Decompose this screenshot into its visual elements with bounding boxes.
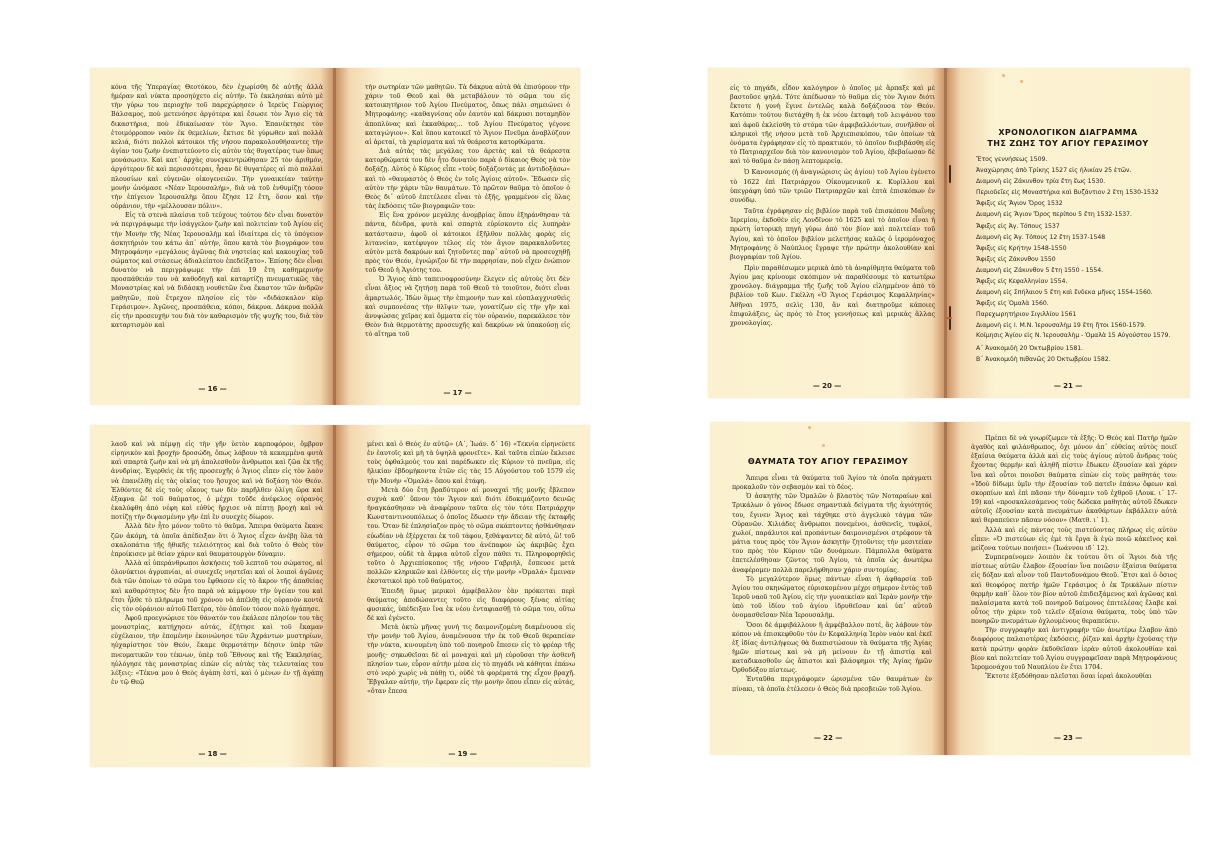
paragraph: Ἀλλὰ αἱ ὑπεράνθρωποι ἀσκήσεις τοῦ λεπτοῦ… bbox=[111, 559, 323, 614]
page-22-body: Ἄπειρα εἶναι τὰ θαύματα τοῦ Ἁγίου τὰ ὁπο… bbox=[732, 474, 932, 694]
spread-pages-18-19: λαοῦ καὶ νὰ πέμψῃ εἰς τὴν γῆν ὑετὸν καρπ… bbox=[90, 425, 590, 767]
chronology-item: Ἄφιξις εἰς Ζάκυνθον 1550 bbox=[976, 254, 1186, 265]
paragraph: Τὴν συγγραφὴν καὶ ἀντιγραφὴν τῶν ἀνωτέρω… bbox=[971, 626, 1177, 672]
page-23: Πρέπει δὲ νὰ γνωρίζωμεν τὰ ἑξῆς: Ὁ Θεὸς … bbox=[946, 422, 1190, 755]
staple bbox=[949, 165, 951, 183]
paragraph: Ὁ Κανονισμός (ἡ ἀναγνώρισις ὡς ἁγίου) το… bbox=[730, 168, 935, 205]
paragraph: Ἀλλὰ δὲν ἦτο μόνον τοῦτο τὸ θαῦμα. Ἄπειρ… bbox=[111, 522, 323, 559]
spread-pages-20-21: εἰς τὸ πηγάδι, εἶδον καλόγηρον ὁ ὁποῖος … bbox=[708, 68, 1190, 398]
paragraph: Ὅσοι δὲ ἀμφιβάλλουν ἢ ἀμφέβαλλον ποτέ, ἂ… bbox=[732, 621, 932, 676]
page-number: — 21 — bbox=[946, 382, 1190, 391]
chronology-item: Ἄφιξις εἰς Κεφαλληνίαν 1554. bbox=[976, 276, 1186, 287]
chronology-item: Διαμονὴ εἰς Ἁγ. Τόπους 12 ἔτη 1537-1548 bbox=[976, 232, 1186, 243]
chronology-title-line-2: ΤΗΣ ΖΩΗΣ ΤΟΥ ΑΓΙΟΥ ΓΕΡΑΣΙΜΟΥ bbox=[956, 139, 1180, 150]
paragraph: Τὸ μεγαλύτερον ὅμως πάντων εἶναι ἡ ἀφθαρ… bbox=[732, 575, 932, 621]
chronology-item: Ἄφιξις εἰς Ἅγιον Ὄρος 1532 bbox=[976, 198, 1186, 209]
page-stain bbox=[1020, 80, 1023, 83]
page-number: — 16 — bbox=[90, 385, 335, 394]
page-stain bbox=[808, 426, 811, 429]
paragraph: Διὰ αὐτὰς τὰς μεγάλας του ἀρετὰς καὶ τὰ … bbox=[365, 147, 570, 211]
chronology-item: Β´ Ἀνακομιδὴ πιθανῶς 20 Ὀκτωβρίου 1582. bbox=[976, 354, 1186, 365]
chronology-item: Α´ Ἀνακομιδὴ 20 Ὀκτωβρίου 1581. bbox=[976, 343, 1186, 354]
page-18-body: λαοῦ καὶ νὰ πέμψῃ εἰς τὴν γῆν ὑετὸν καρπ… bbox=[111, 440, 323, 687]
book-spine bbox=[333, 425, 336, 767]
page-number: — 19 — bbox=[335, 750, 590, 759]
chronology-item: Ἔτος γεννήσεως 1509. bbox=[976, 154, 1186, 165]
chronology-item: Ἄφιξις εἰς Ὁμαλὰ 1560. bbox=[976, 298, 1186, 309]
page-number: — 17 — bbox=[335, 389, 580, 398]
page-stain bbox=[822, 444, 825, 447]
chronology-title-line-1: ΧΡΟΝΟΛΟΓΙΚΟΝ ΔΙΑΓΡΑΜΜΑ bbox=[956, 128, 1180, 139]
page-23-body: Πρέπει δὲ νὰ γνωρίζωμεν τὰ ἑξῆς: Ὁ Θεὸς … bbox=[971, 434, 1177, 681]
paragraph: Ἄπειρα εἶναι τὰ θαύματα τοῦ Ἁγίου τὰ ὁπο… bbox=[732, 474, 932, 492]
paragraph: Ἐπειδὴ ὅμως μερικοὶ ἀμφέβαλλον ἐὰν πρόκε… bbox=[367, 587, 575, 624]
chronology-item: Διαμονὴ εἰς Σπήλαιον 5 ἔτη καὶ ἕνδεκα μῆ… bbox=[976, 287, 1186, 298]
chronology-item: Παρεχωρητήριον Σιγιλλίου 1561 bbox=[976, 309, 1186, 320]
chronology-item: Ἀναχώρησις ἀπὸ Τρίκης 1527 εἰς ἡλικίαν 2… bbox=[976, 165, 1186, 176]
chronology-item: Διαμονὴ εἰς Ζάκυνθον 5 ἔτη 1550 - 1554. bbox=[976, 265, 1186, 276]
paragraph: Εἰς τὰ στενὰ πλαίσια τοῦ τεύχους τούτου … bbox=[111, 211, 323, 330]
paragraph: κόνα τῆς Ὑπεραγίας Θεοτόκου, δὲν ἐχωρίσθ… bbox=[111, 83, 323, 211]
page-17-body: τὴν σωτηρίαν τῶν μαθητῶν. Τὰ δάκρυα αὐτὰ… bbox=[365, 83, 570, 339]
paragraph: εἰς τὸ πηγάδι, εἶδον καλόγηρον ὁ ὁποῖος … bbox=[730, 84, 935, 166]
page-21: ΧΡΟΝΟΛΟΓΙΚΟΝ ΔΙΑΓΡΑΜΜΑ ΤΗΣ ΖΩΗΣ ΤΟΥ ΑΓΙΟ… bbox=[946, 68, 1190, 398]
chronology-list: Ἔτος γεννήσεως 1509. Ἀναχώρησις ἀπὸ Τρίκ… bbox=[976, 154, 1186, 365]
page-number: — 20 — bbox=[708, 382, 946, 391]
chronology-item: Διαμονὴ εἰς Ι. Μ.Ν. Ἱερουσαλὴμ 19 ἔτη ἤτ… bbox=[976, 320, 1186, 331]
paragraph: Ἐνταῦθα περιγράφομεν ὡρισμένα τῶν θαυμάτ… bbox=[732, 675, 932, 693]
page-20-body: εἰς τὸ πηγάδι, εἶδον καλόγηρον ὁ ὁποῖος … bbox=[730, 84, 935, 328]
paragraph: Εἰς ἕνα χρόνον μεγάλης ἀνομβρίας ὅπου ἐξ… bbox=[365, 211, 570, 275]
book-spine bbox=[944, 422, 947, 755]
page-22: ΘΑΥΜΑΤΑ ΤΟΥ ΑΓΙΟΥ ΓΕΡΑΣΙΜΟΥ Ἄπειρα εἶναι… bbox=[710, 422, 946, 755]
chronology-item: Κοίμησις Ἁγίου εἰς Ν. Ἱερουσαλὴμ - Ὁμαλὰ… bbox=[976, 332, 1186, 341]
spread-pages-16-17: κόνα τῆς Ὑπεραγίας Θεοτόκου, δὲν ἐχωρίσθ… bbox=[90, 68, 580, 405]
page-18: λαοῦ καὶ νὰ πέμψῃ εἰς τὴν γῆν ὑετὸν καρπ… bbox=[90, 425, 335, 767]
paragraph: Μετὰ ὀκτὼ μῆνας γυνή τις δαιμονιζομένη δ… bbox=[367, 623, 575, 696]
paragraph: Ἔκτοτε ἐξεδόθησαν πλεῖσται ὅσαι ἱεραὶ ἀκ… bbox=[971, 672, 1177, 681]
paragraph: Μετὰ δύο ἔτη βραδύτερον αἱ μοναχαὶ τῆς μ… bbox=[367, 486, 575, 587]
page-20: εἰς τὸ πηγάδι, εἶδον καλόγηρον ὁ ὁποῖος … bbox=[708, 68, 946, 398]
paragraph: τὴν σωτηρίαν τῶν μαθητῶν. Τὰ δάκρυα αὐτὰ… bbox=[365, 83, 570, 147]
page-16: κόνα τῆς Ὑπεραγίας Θεοτόκου, δὲν ἐχωρίσθ… bbox=[90, 68, 335, 405]
chronology-item: Ἄφιξις εἰς Κρήτην 1548-1550 bbox=[976, 243, 1186, 254]
page-19-body: μένει καὶ ὁ Θεὸς ἐν αὐτῷ» (Α´, Ἰωάν. δ´ … bbox=[367, 440, 575, 696]
paragraph: Ἀφοῦ προεγνώρισε τὸν θάνατόν του ἐκάλεσε… bbox=[111, 614, 323, 687]
paragraph: Ταῦτα ἐγράφησαν εἰς βιβλίον παρὰ τοῦ ἐπι… bbox=[730, 207, 935, 262]
book-spine bbox=[333, 68, 336, 405]
page-17: τὴν σωτηρίαν τῶν μαθητῶν. Τὰ δάκρυα αὐτὰ… bbox=[335, 68, 580, 405]
paragraph: λαοῦ καὶ νὰ πέμψῃ εἰς τὴν γῆν ὑετὸν καρπ… bbox=[111, 440, 323, 522]
chronology-item: Ἄφιξις εἰς Ἁγ. Τόπους 1537 bbox=[976, 221, 1186, 232]
page-number: — 22 — bbox=[710, 734, 946, 743]
paragraph: Ὁ Ἅγιος ἀπὸ ταπεινοφροσύνην ἔλεγεν εἰς α… bbox=[365, 275, 570, 339]
page-number: — 18 — bbox=[90, 750, 335, 759]
book-spine bbox=[944, 68, 947, 398]
paragraph: Συμπεραίνομεν λοιπὸν ἐκ τούτου ὅτι οἱ Ἅγ… bbox=[971, 553, 1177, 626]
rust-mark bbox=[946, 317, 952, 319]
paragraph: Πρὶν παραθέσωμεν μερικὰ ἀπὸ τὰ ἀναρίθμητ… bbox=[730, 264, 935, 328]
page-16-body: κόνα τῆς Ὑπεραγίας Θεοτόκου, δὲν ἐχωρίσθ… bbox=[111, 83, 323, 330]
paragraph: Πρέπει δὲ νὰ γνωρίζωμεν τὰ ἑξῆς: Ὁ Θεὸς … bbox=[971, 434, 1177, 526]
paragraph: Ἀλλὰ καὶ εἰς πάντας τοὺς πιστεύοντας πλή… bbox=[971, 526, 1177, 553]
paragraph: μένει καὶ ὁ Θεὸς ἐν αὐτῷ» (Α´, Ἰωάν. δ´ … bbox=[367, 440, 575, 486]
chronology-item: Περιοδεῖες εἰς Μοναστήρια καὶ Βυζάντιον … bbox=[976, 187, 1186, 198]
page-19: μένει καὶ ὁ Θεὸς ἐν αὐτῷ» (Α´, Ἰωάν. δ´ … bbox=[335, 425, 590, 767]
spread-pages-22-23: ΘΑΥΜΑΤΑ ΤΟΥ ΑΓΙΟΥ ΓΕΡΑΣΙΜΟΥ Ἄπειρα εἶναι… bbox=[710, 422, 1190, 755]
miracles-title: ΘΑΥΜΑΤΑ ΤΟΥ ΑΓΙΟΥ ΓΕΡΑΣΙΜΟΥ bbox=[718, 457, 938, 466]
paragraph: Ὁ ἀσκητὴς τῶν Ὁμαλῶν ὁ βλαστὸς τῶν Νοταρ… bbox=[732, 492, 932, 574]
chronology-item: Διαμονὴ εἰς Ἅγιον Ὄρος περίπου 5 ἔτη 153… bbox=[976, 209, 1186, 220]
page-stain bbox=[1002, 74, 1005, 77]
chronology-title: ΧΡΟΝΟΛΟΓΙΚΟΝ ΔΙΑΓΡΑΜΜΑ ΤΗΣ ΖΩΗΣ ΤΟΥ ΑΓΙΟ… bbox=[956, 128, 1180, 149]
page-number: — 23 — bbox=[946, 734, 1190, 743]
chronology-item: Διαμονὴ εἰς Ζάκυνθον τρία ἔτη ἕως 1530. bbox=[976, 176, 1186, 187]
